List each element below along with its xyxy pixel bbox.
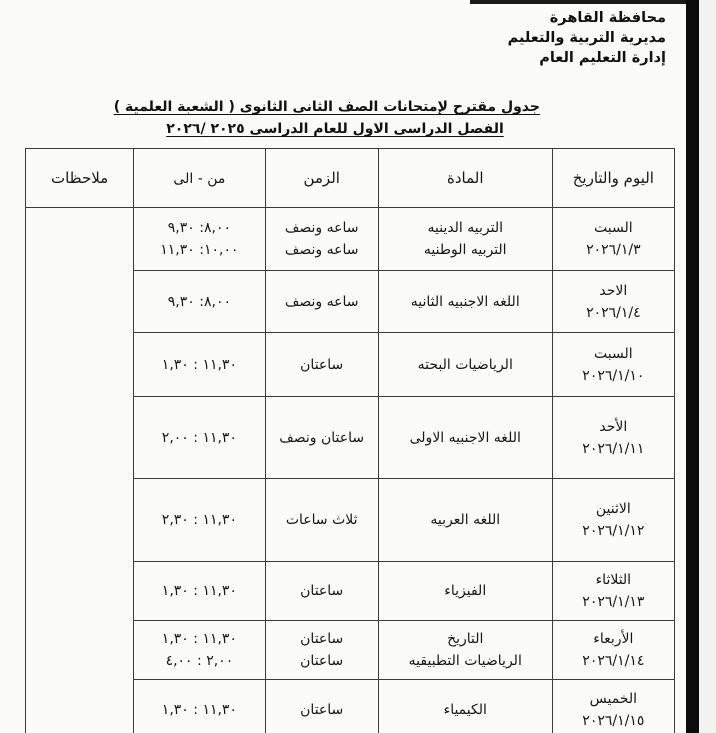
subject-label: اللغه العربيه bbox=[383, 509, 548, 531]
time-label: ١١,٣٠ : ٢,٣٠ bbox=[138, 509, 260, 531]
time-cell: ١١,٣٠ : ١,٣٠ bbox=[134, 333, 265, 397]
duration-label: ساعه ونصف bbox=[270, 291, 374, 313]
day-label: الخميس bbox=[557, 688, 670, 710]
notes-cell bbox=[26, 208, 134, 733]
time-label: ١١,٣٠ : ١,٣٠ bbox=[138, 699, 260, 721]
subject-label: التاريخ bbox=[383, 628, 548, 650]
date-label: ٢٠٢٦/١/٤ bbox=[557, 302, 670, 324]
duration-cell: ساعتان bbox=[265, 680, 378, 733]
date-label: ٢٠٢٦/١/١١ bbox=[557, 438, 670, 460]
administration-label: إدارة التعليم العام bbox=[508, 48, 666, 68]
subject-cell: الكيمياء bbox=[378, 680, 552, 733]
date-label: ٢٠٢٦/١/٣ bbox=[557, 239, 670, 261]
duration-cell: ساعه ونصف ساعه ونصف bbox=[265, 208, 378, 271]
time-label: ١١,٣٠ : ١,٣٠ bbox=[138, 354, 260, 376]
subject-cell: اللغه العربيه bbox=[378, 479, 552, 562]
day-date-cell: الخميس ٢٠٢٦/١/١٥ bbox=[552, 680, 674, 733]
time-cell: ٨,٠٠: ٩,٣٠ bbox=[134, 271, 265, 333]
duration-cell: ساعتان ساعتان bbox=[265, 621, 378, 680]
day-label: الأحد bbox=[557, 416, 670, 438]
time-label: ٨,٠٠: ٩,٣٠ bbox=[138, 291, 260, 313]
day-date-cell: السبت ٢٠٢٦/١/٣ bbox=[552, 208, 674, 271]
governorate-label: محافظة القاهرة bbox=[508, 8, 666, 28]
organization-header: محافظة القاهرة مديرية التربية والتعليم إ… bbox=[508, 8, 666, 68]
subject-cell: الفيزياء bbox=[378, 562, 552, 621]
column-header-duration: الزمن bbox=[265, 149, 378, 208]
duration-label: ساعتان bbox=[270, 628, 374, 650]
directorate-label: مديرية التربية والتعليم bbox=[508, 28, 666, 48]
date-label: ٢٠٢٦/١/١٣ bbox=[557, 591, 670, 613]
subject-label: التربيه الوطنيه bbox=[383, 239, 548, 261]
day-label: السبت bbox=[557, 343, 670, 365]
column-header-subject: المادة bbox=[378, 149, 552, 208]
subject-cell: التربيه الدينيه التربيه الوطنيه bbox=[378, 208, 552, 271]
day-date-cell: الأحد ٢٠٢٦/١/١١ bbox=[552, 397, 674, 479]
duration-cell: ساعتان bbox=[265, 562, 378, 621]
time-cell: ٨,٠٠: ٩,٣٠ ١٠,٠٠: ١١,٣٠ bbox=[134, 208, 265, 271]
day-label: الثلاثاء bbox=[557, 569, 670, 591]
title-line-2: الفصل الدراسى الاول للعام الدراسى ٢٠٢٥ /… bbox=[130, 118, 540, 140]
time-label: ٢,٠٠ : ٤,٠٠ bbox=[138, 650, 260, 672]
duration-label: ثلاث ساعات bbox=[270, 509, 374, 531]
time-cell: ١١,٣٠ : ٢,٠٠ bbox=[134, 397, 265, 479]
column-header-notes: ملاحظات bbox=[26, 149, 134, 208]
day-date-cell: الأربعاء ٢٠٢٦/١/١٤ bbox=[552, 621, 674, 680]
time-label: ١١,٣٠ : ١,٣٠ bbox=[138, 628, 260, 650]
table-row: السبت ٢٠٢٦/١/٣ التربيه الدينيه التربيه ا… bbox=[26, 208, 675, 271]
subject-label: اللغه الاجنبيه الثانيه bbox=[383, 291, 548, 313]
time-label: ٨,٠٠: ٩,٣٠ bbox=[138, 217, 260, 239]
day-label: الاثنين bbox=[557, 498, 670, 520]
subject-label: الفيزياء bbox=[383, 580, 548, 602]
subject-label: الرياضيات البحته bbox=[383, 354, 548, 376]
date-label: ٢٠٢٦/١/١٢ bbox=[557, 520, 670, 542]
day-label: الاحد bbox=[557, 280, 670, 302]
duration-cell: ثلاث ساعات bbox=[265, 479, 378, 562]
time-cell: ١١,٣٠ : ١,٣٠ bbox=[134, 562, 265, 621]
page-right-margin bbox=[699, 0, 716, 733]
duration-cell: ساعتان bbox=[265, 333, 378, 397]
duration-label: ساعتان ونصف bbox=[270, 427, 374, 449]
day-label: السبت bbox=[557, 217, 670, 239]
time-label: ١٠,٠٠: ١١,٣٠ bbox=[138, 239, 260, 261]
time-cell: ١١,٣٠ : ٢,٣٠ bbox=[134, 479, 265, 562]
day-date-cell: الاثنين ٢٠٢٦/١/١٢ bbox=[552, 479, 674, 562]
date-label: ٢٠٢٦/١/١٠ bbox=[557, 365, 670, 387]
day-date-cell: السبت ٢٠٢٦/١/١٠ bbox=[552, 333, 674, 397]
subject-label: الرياضيات التطبيقيه bbox=[383, 650, 548, 672]
day-date-cell: الثلاثاء ٢٠٢٦/١/١٣ bbox=[552, 562, 674, 621]
duration-label: ساعتان bbox=[270, 650, 374, 672]
subject-label: اللغه الاجنبيه الاولى bbox=[383, 427, 548, 449]
date-label: ٢٠٢٦/١/١٤ bbox=[557, 650, 670, 672]
time-cell: ١١,٣٠ : ١,٣٠ ٢,٠٠ : ٤,٠٠ bbox=[134, 621, 265, 680]
time-label: ١١,٣٠ : ١,٣٠ bbox=[138, 580, 260, 602]
subject-cell: الرياضيات البحته bbox=[378, 333, 552, 397]
duration-cell: ساعتان ونصف bbox=[265, 397, 378, 479]
column-header-time: من - الى bbox=[134, 149, 265, 208]
date-label: ٢٠٢٦/١/١٥ bbox=[557, 710, 670, 732]
subject-label: الكيمياء bbox=[383, 699, 548, 721]
subject-label: التربيه الدينيه bbox=[383, 217, 548, 239]
exam-schedule-table: اليوم والتاريخ المادة الزمن من - الى ملا… bbox=[25, 148, 675, 733]
subject-cell: اللغه الاجنبيه الثانيه bbox=[378, 271, 552, 333]
page-edge-shadow bbox=[686, 0, 699, 733]
day-date-cell: الاحد ٢٠٢٦/١/٤ bbox=[552, 271, 674, 333]
duration-cell: ساعه ونصف bbox=[265, 271, 378, 333]
day-label: الأربعاء bbox=[557, 628, 670, 650]
document-title: جدول مقترح لإمتحانات الصف الثانى الثانوى… bbox=[130, 96, 540, 140]
page-top-edge bbox=[470, 0, 716, 4]
duration-label: ساعتان bbox=[270, 354, 374, 376]
duration-label: ساعتان bbox=[270, 580, 374, 602]
table-header-row: اليوم والتاريخ المادة الزمن من - الى ملا… bbox=[26, 149, 675, 208]
time-label: ١١,٣٠ : ٢,٠٠ bbox=[138, 427, 260, 449]
time-cell: ١١,٣٠ : ١,٣٠ bbox=[134, 680, 265, 733]
column-header-day-date: اليوم والتاريخ bbox=[552, 149, 674, 208]
duration-label: ساعتان bbox=[270, 699, 374, 721]
subject-cell: اللغه الاجنبيه الاولى bbox=[378, 397, 552, 479]
duration-label: ساعه ونصف bbox=[270, 217, 374, 239]
time-header-label: من - الى bbox=[173, 171, 225, 187]
scanned-document-page: محافظة القاهرة مديرية التربية والتعليم إ… bbox=[0, 0, 716, 733]
duration-label: ساعه ونصف bbox=[270, 239, 374, 261]
title-line-1: جدول مقترح لإمتحانات الصف الثانى الثانوى… bbox=[130, 96, 540, 118]
subject-cell: التاريخ الرياضيات التطبيقيه bbox=[378, 621, 552, 680]
